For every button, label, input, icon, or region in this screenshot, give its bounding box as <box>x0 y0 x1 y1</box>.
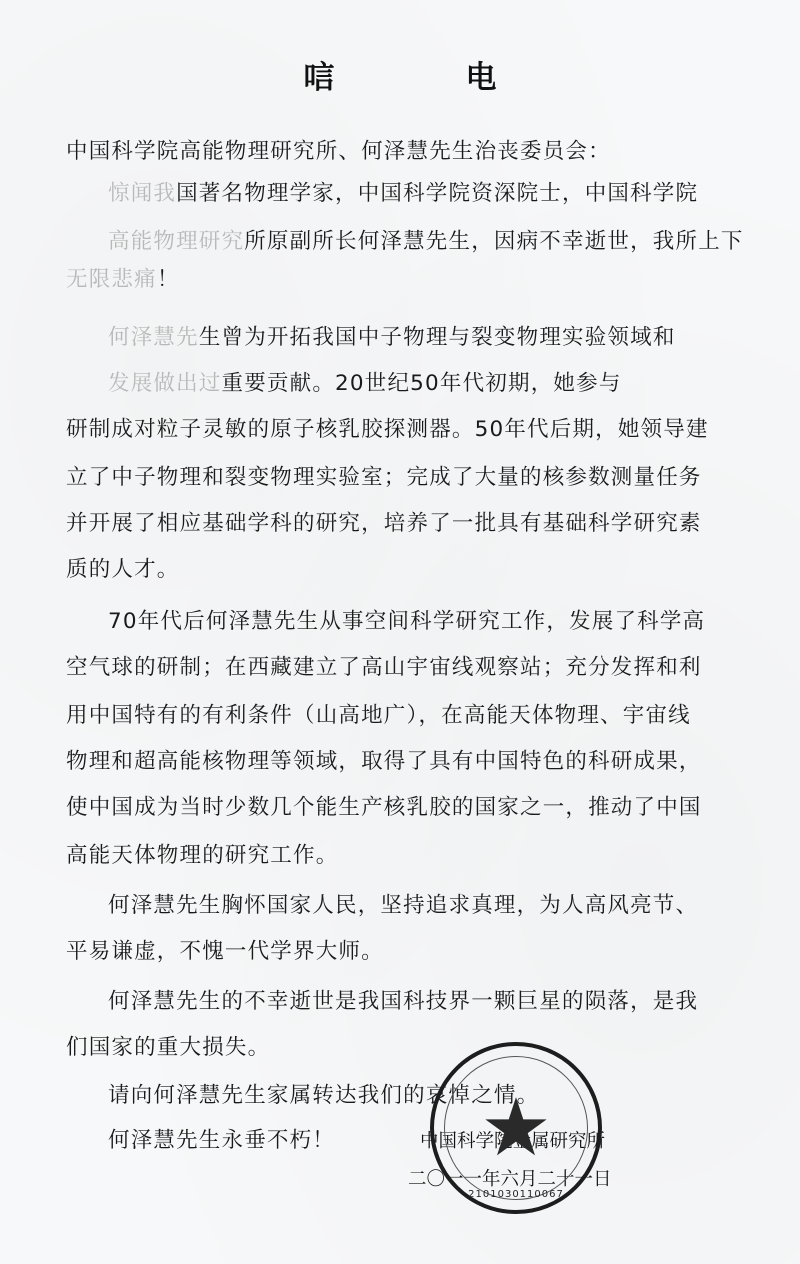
document-page: 唁 电 中国科学院高能物理研究所、何泽慧先生治丧委员会： 惊闻我国著名物理学家，… <box>0 0 800 1264</box>
body-line: 并开展了相应基础学科的研究，培养了一批具有基础科学研究素 <box>66 506 702 537</box>
body-line: 物理和超高能核物理等领域，取得了具有中国特色的科研成果， <box>66 744 702 775</box>
body-line: 质的人才。 <box>66 552 180 583</box>
seal-number: 2101030110067 <box>434 1189 598 1200</box>
document-title: 唁 电 <box>0 52 800 97</box>
body-line: 研制成对粒子灵敏的原子核乳胶探测器。50年代后期，她领导建 <box>66 412 709 443</box>
body-line: 无限悲痛！ <box>66 262 180 293</box>
body-line: 70年代后何泽慧先生从事空间科学研究工作，发展了科学高 <box>108 604 705 635</box>
body-line: 平易谦虚，不愧一代学界大师。 <box>66 934 384 965</box>
body-line: 们国家的重大损失。 <box>66 1030 270 1061</box>
star-icon: ★ <box>480 1088 552 1168</box>
body-line: 用中国特有的有利条件（山高地广），在高能天体物理、宇宙线 <box>66 698 691 729</box>
body-line: 高能天体物理的研究工作。 <box>66 838 338 869</box>
body-line: 高能物理研究所原副所长何泽慧先生，因病不幸逝世，我所上下 <box>108 224 744 255</box>
body-line: 何泽慧先生曾为开拓我国中子物理与裂变物理实验领域和 <box>108 320 676 351</box>
body-line: 何泽慧先生胸怀国家人民，坚持追求真理，为人高风亮节、 <box>108 888 698 919</box>
faded-text: 无限悲痛 <box>66 267 157 292</box>
body-line: 惊闻我国著名物理学家，中国科学院资深院士，中国科学院 <box>108 176 698 207</box>
body-line: 发展做出过重要贡献。20世纪50年代初期，她参与 <box>108 366 622 397</box>
body-line: 何泽慧先生永垂不朽！ <box>108 1123 335 1154</box>
body-line: 立了中子物理和裂变物理实验室；完成了大量的核参数测量任务 <box>66 460 702 491</box>
faded-text: 惊闻我 <box>108 181 176 206</box>
faded-text: 高能物理研究 <box>108 229 244 254</box>
body-line: 空气球的研制；在西藏建立了高山宇宙线观察站；充分发挥和利 <box>66 650 702 681</box>
faded-text: 何泽慧先 <box>108 325 199 350</box>
body-line: 何泽慧先生的不幸逝世是我国科技界一颗巨星的陨落，是我 <box>108 984 698 1015</box>
salutation: 中国科学院高能物理研究所、何泽慧先生治丧委员会： <box>66 134 611 165</box>
official-seal: ★ 2101030110067 <box>430 1042 602 1214</box>
body-line: 使中国成为当时少数几个能生产核乳胶的国家之一，推动了中国 <box>66 790 702 821</box>
faded-text: 发展做出过 <box>108 371 222 396</box>
